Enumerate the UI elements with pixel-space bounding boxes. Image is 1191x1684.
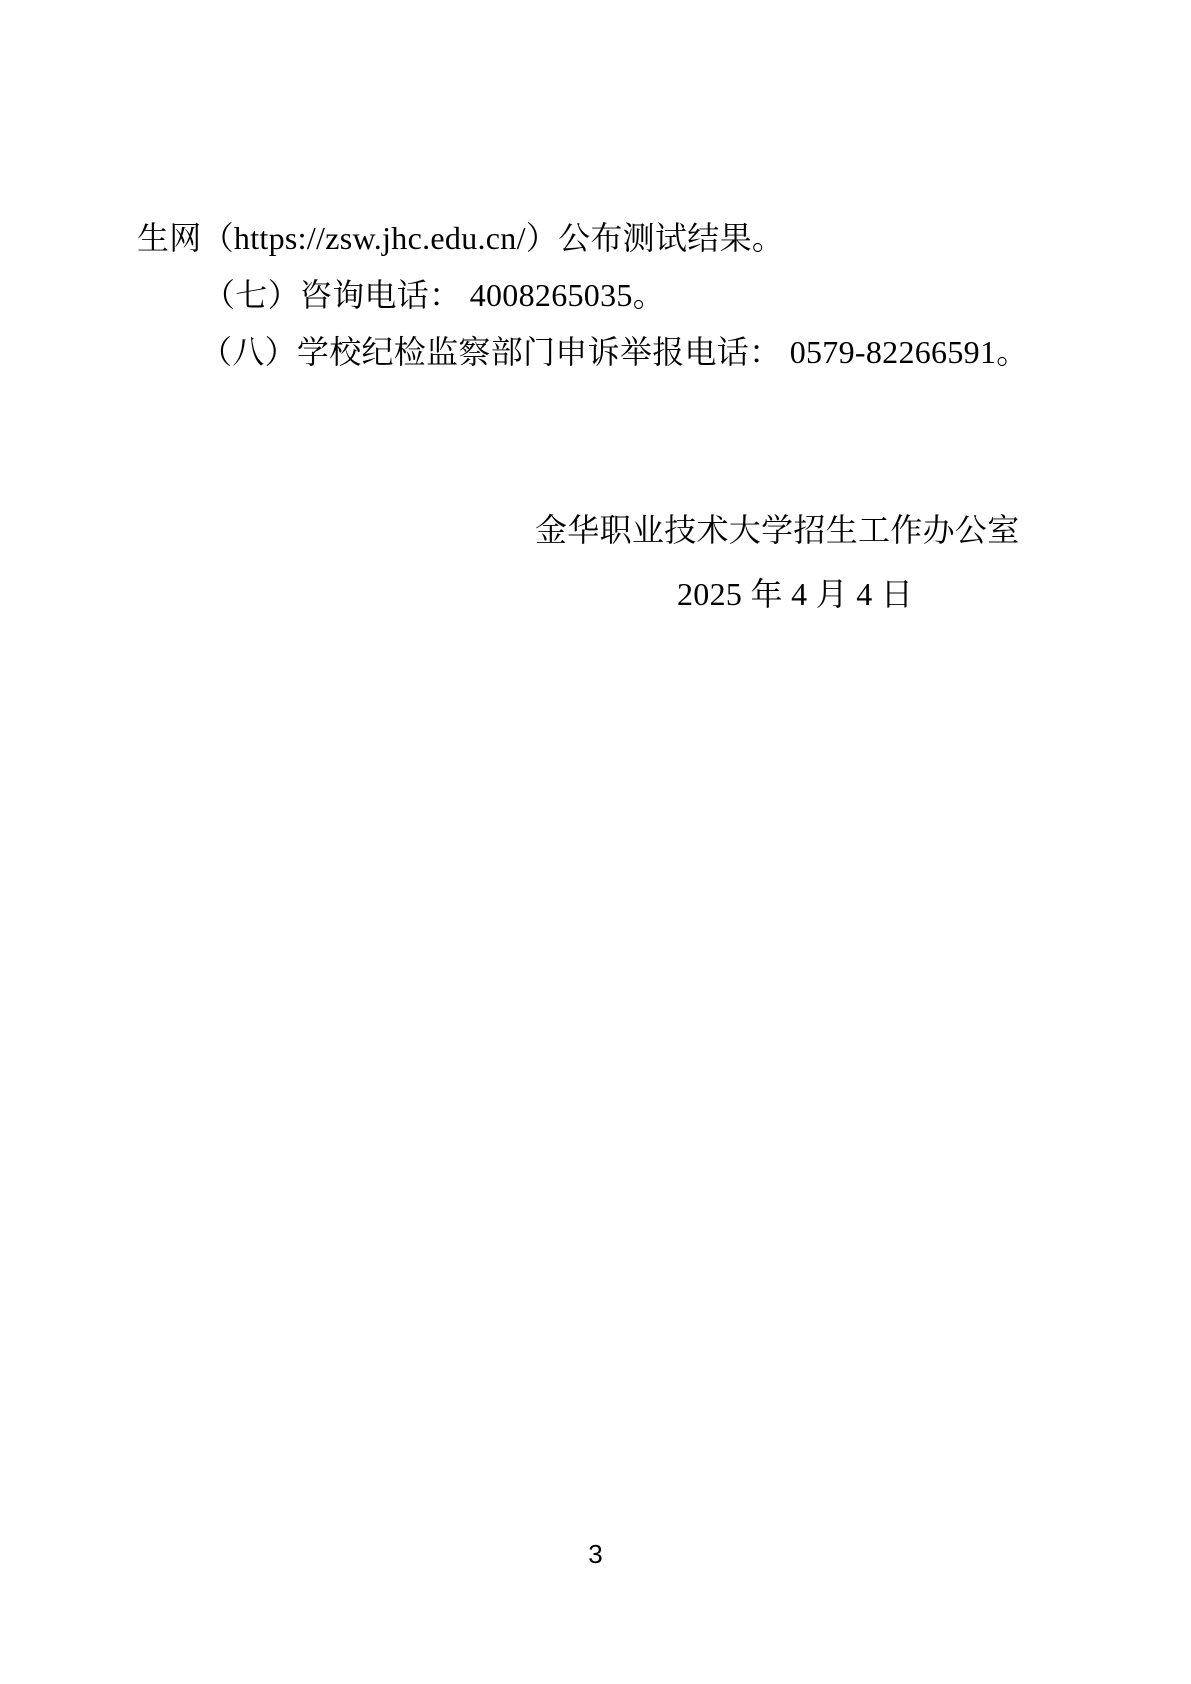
paragraph-continuation-line: 生网（https://zsw.jhc.edu.cn/）公布测试结果。 (137, 218, 784, 258)
signature-date: 2025 年 4 月 4 日 (677, 574, 913, 614)
paragraph-item-eight-report-phone: （八）学校纪检监察部门申诉举报电话： 0579-82266591。 (200, 332, 1029, 372)
signature-organization: 金华职业技术大学招生工作办公室 (535, 510, 1020, 550)
page-number: 3 (0, 1540, 1191, 1568)
document-page: 生网（https://zsw.jhc.edu.cn/）公布测试结果。 （七）咨询… (0, 0, 1191, 1684)
paragraph-item-seven-consult-phone: （七）咨询电话： 4008265035。 (203, 275, 665, 315)
